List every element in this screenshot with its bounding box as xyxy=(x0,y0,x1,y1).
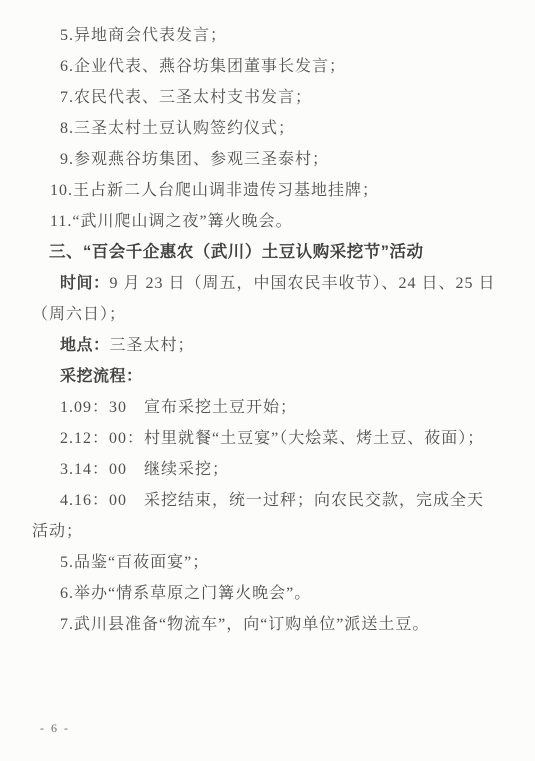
process-item-4: 4.16：00 采挖结束，统一过秤；向农民交款，完成全天 xyxy=(32,485,507,516)
agenda-item-10: 10.王占新二人台爬山调非遗传习基地挂牌； xyxy=(32,175,507,206)
agenda-item-11: 11.“武川爬山调之夜”篝火晚会。 xyxy=(32,206,507,237)
time-value: 9 月 23 日（周五，中国农民丰收节）、24 日、25 日 xyxy=(110,275,496,292)
process-label: 采挖流程： xyxy=(60,368,143,385)
time-label: 时间： xyxy=(60,275,110,292)
process-item-2: 2.12：00：村里就餐“土豆宴”（大烩菜、烤土豆、莜面）； xyxy=(32,423,507,454)
agenda-item-7: 7.农民代表、三圣太村支书发言； xyxy=(32,82,507,113)
agenda-item-5: 5.异地商会代表发言； xyxy=(32,20,507,51)
page-number: - 6 - xyxy=(40,721,70,736)
section-heading-3: 三、“百会千企惠农（武川）土豆认购采挖节”活动 xyxy=(32,237,507,268)
process-item-7: 7.武川县准备“物流车”，向“订购单位”派送土豆。 xyxy=(32,609,507,640)
paragraph-time-continuation: （周六日）； xyxy=(32,299,507,330)
process-item-1: 1.09：30 宣布采挖土豆开始； xyxy=(32,392,507,423)
agenda-item-9: 9.参观燕谷坊集团、参观三圣泰村； xyxy=(32,144,507,175)
process-item-4-continuation: 活动； xyxy=(32,516,507,547)
paragraph-location: 地点：三圣太村； xyxy=(32,330,507,361)
process-item-5: 5.品鉴“百莜面宴”； xyxy=(32,547,507,578)
agenda-item-8: 8.三圣太村土豆认购签约仪式； xyxy=(32,113,507,144)
location-value: 三圣太村； xyxy=(110,337,195,354)
paragraph-process-heading: 采挖流程： xyxy=(32,361,507,392)
agenda-item-6: 6.企业代表、燕谷坊集团董事长发言； xyxy=(32,51,507,82)
paragraph-time: 时间：9 月 23 日（周五，中国农民丰收节）、24 日、25 日 xyxy=(32,268,507,299)
process-item-6: 6.举办“情系草原之门篝火晚会”。 xyxy=(32,578,507,609)
location-label: 地点： xyxy=(60,337,110,354)
scanned-document-page: 5.异地商会代表发言； 6.企业代表、燕谷坊集团董事长发言； 7.农民代表、三圣… xyxy=(0,0,535,761)
process-item-3: 3.14：00 继续采挖； xyxy=(32,454,507,485)
